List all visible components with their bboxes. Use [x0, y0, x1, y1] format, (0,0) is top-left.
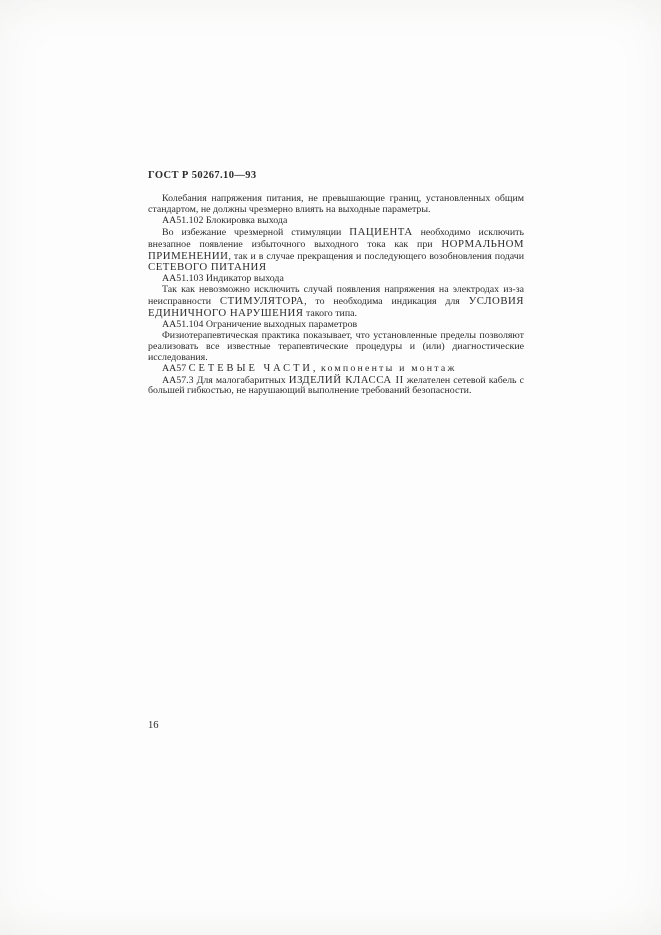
paragraph-1: Колебания напряжения питания, не превыша… [148, 194, 524, 216]
text-block: Колебания напряжения питания, не превыша… [148, 194, 524, 397]
paragraph-7: Физиотерапевтическая практика показывает… [148, 331, 524, 364]
paragraph-9: АА57.3 Для малогабаритных ИЗДЕЛИЙ КЛАССА… [148, 375, 524, 398]
text-column: ГОСТ Р 50267.10—93 Колебания напряжения … [148, 170, 524, 397]
page-number: 16 [148, 720, 159, 731]
document-header: ГОСТ Р 50267.10—93 [148, 170, 524, 181]
paragraph-2: АА51.102 Блокировка выхода [148, 216, 524, 227]
scanned-document-page: ГОСТ Р 50267.10—93 Колебания напряжения … [0, 0, 661, 935]
paragraph-3: Во избежание чрезмерной стимуляции ПАЦИЕ… [148, 227, 524, 275]
paragraph-5: Так как невозможно исключить случай появ… [148, 285, 524, 320]
